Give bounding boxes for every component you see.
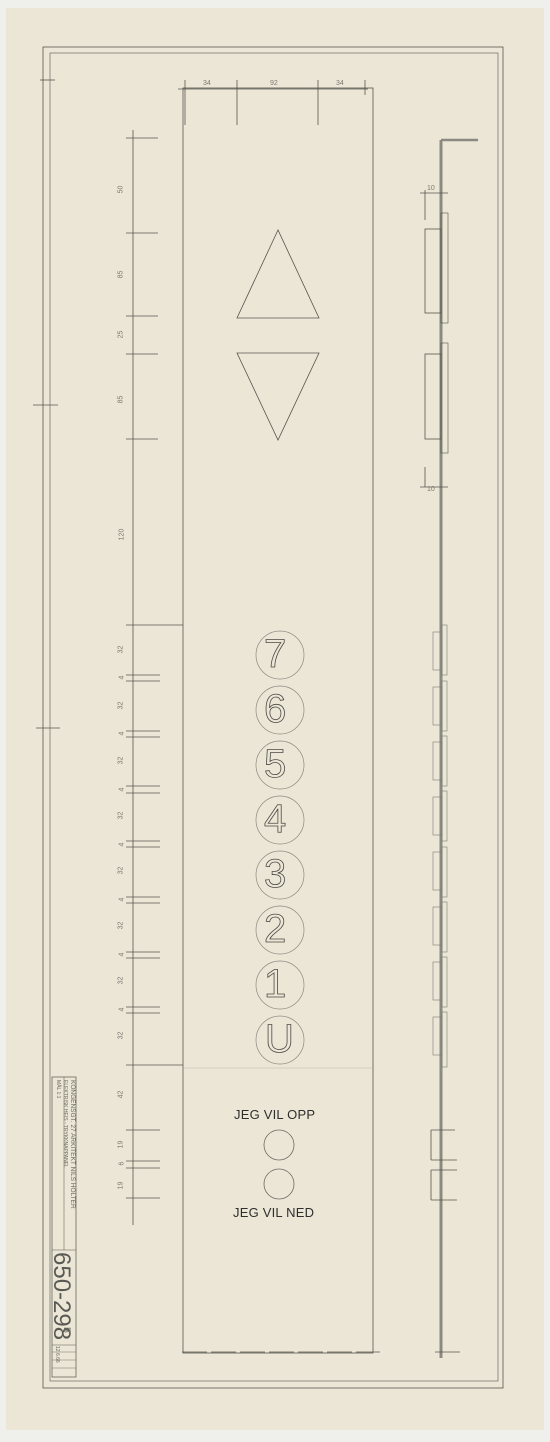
floor-button-2: 2 <box>264 907 286 952</box>
top-dimension-right: 34 <box>336 80 344 87</box>
floor-button-3: 3 <box>264 852 286 897</box>
call-up-label: JEG VIL OPP <box>234 1107 315 1122</box>
dimension-label: 50 <box>117 186 124 194</box>
dimension-label: 4 <box>118 898 125 902</box>
dimension-label: 120 <box>118 529 125 541</box>
title-block-line3: MÅL 1:1 <box>55 1080 61 1098</box>
dimension-label: 4 <box>118 953 125 957</box>
floor-button-4: 4 <box>264 797 286 842</box>
revision-mark: B <box>62 1327 72 1333</box>
call-up-circle <box>264 1130 294 1160</box>
floor-button-7: 7 <box>264 632 286 677</box>
top-dimension-left: 34 <box>203 80 211 87</box>
dimension-label: 32 <box>117 702 124 710</box>
dimension-label: 32 <box>117 646 124 654</box>
side-dimension-bottom: 10 <box>427 486 435 493</box>
dimension-label: 4 <box>118 843 125 847</box>
title-block-line1: KONGENSGT. 27 ARKITEKT NILS HOLTER <box>69 1080 76 1209</box>
call-down-circle <box>264 1169 294 1199</box>
dimension-label: 42 <box>117 1091 124 1099</box>
dimension-label: 32 <box>117 1032 124 1040</box>
dimension-label: 19 <box>117 1141 124 1149</box>
title-block-line2: ELEKTRISK HEIS - TRYKKNAPPANEL <box>62 1080 68 1168</box>
floor-button-u: U <box>265 1017 294 1062</box>
dimension-label: 32 <box>117 922 124 930</box>
down-arrow-triangle <box>237 353 319 440</box>
dimension-label: 6 <box>118 1162 125 1166</box>
up-arrow-triangle <box>237 230 319 318</box>
dimension-label: 85 <box>117 271 124 279</box>
dimension-label: 32 <box>117 867 124 875</box>
dimension-label: 32 <box>117 812 124 820</box>
call-down-label: JEG VIL NED <box>233 1205 314 1220</box>
dimension-label: 32 <box>117 977 124 985</box>
floor-button-1: 1 <box>264 962 286 1007</box>
side-dimension-top: 10 <box>427 185 435 192</box>
dimension-label: 4 <box>118 1008 125 1012</box>
date-stamp: 12.6.66 <box>54 1346 60 1363</box>
dimension-label: 85 <box>117 396 124 404</box>
top-dimension-center: 92 <box>270 80 278 87</box>
floor-button-6: 6 <box>264 687 286 732</box>
dimension-label: 25 <box>117 331 124 339</box>
dimension-label: 4 <box>118 788 125 792</box>
floor-button-5: 5 <box>264 742 286 787</box>
dimension-label: 4 <box>118 732 125 736</box>
dimension-label: 4 <box>118 676 125 680</box>
dimension-label: 32 <box>117 757 124 765</box>
dimension-label: 19 <box>117 1182 124 1190</box>
